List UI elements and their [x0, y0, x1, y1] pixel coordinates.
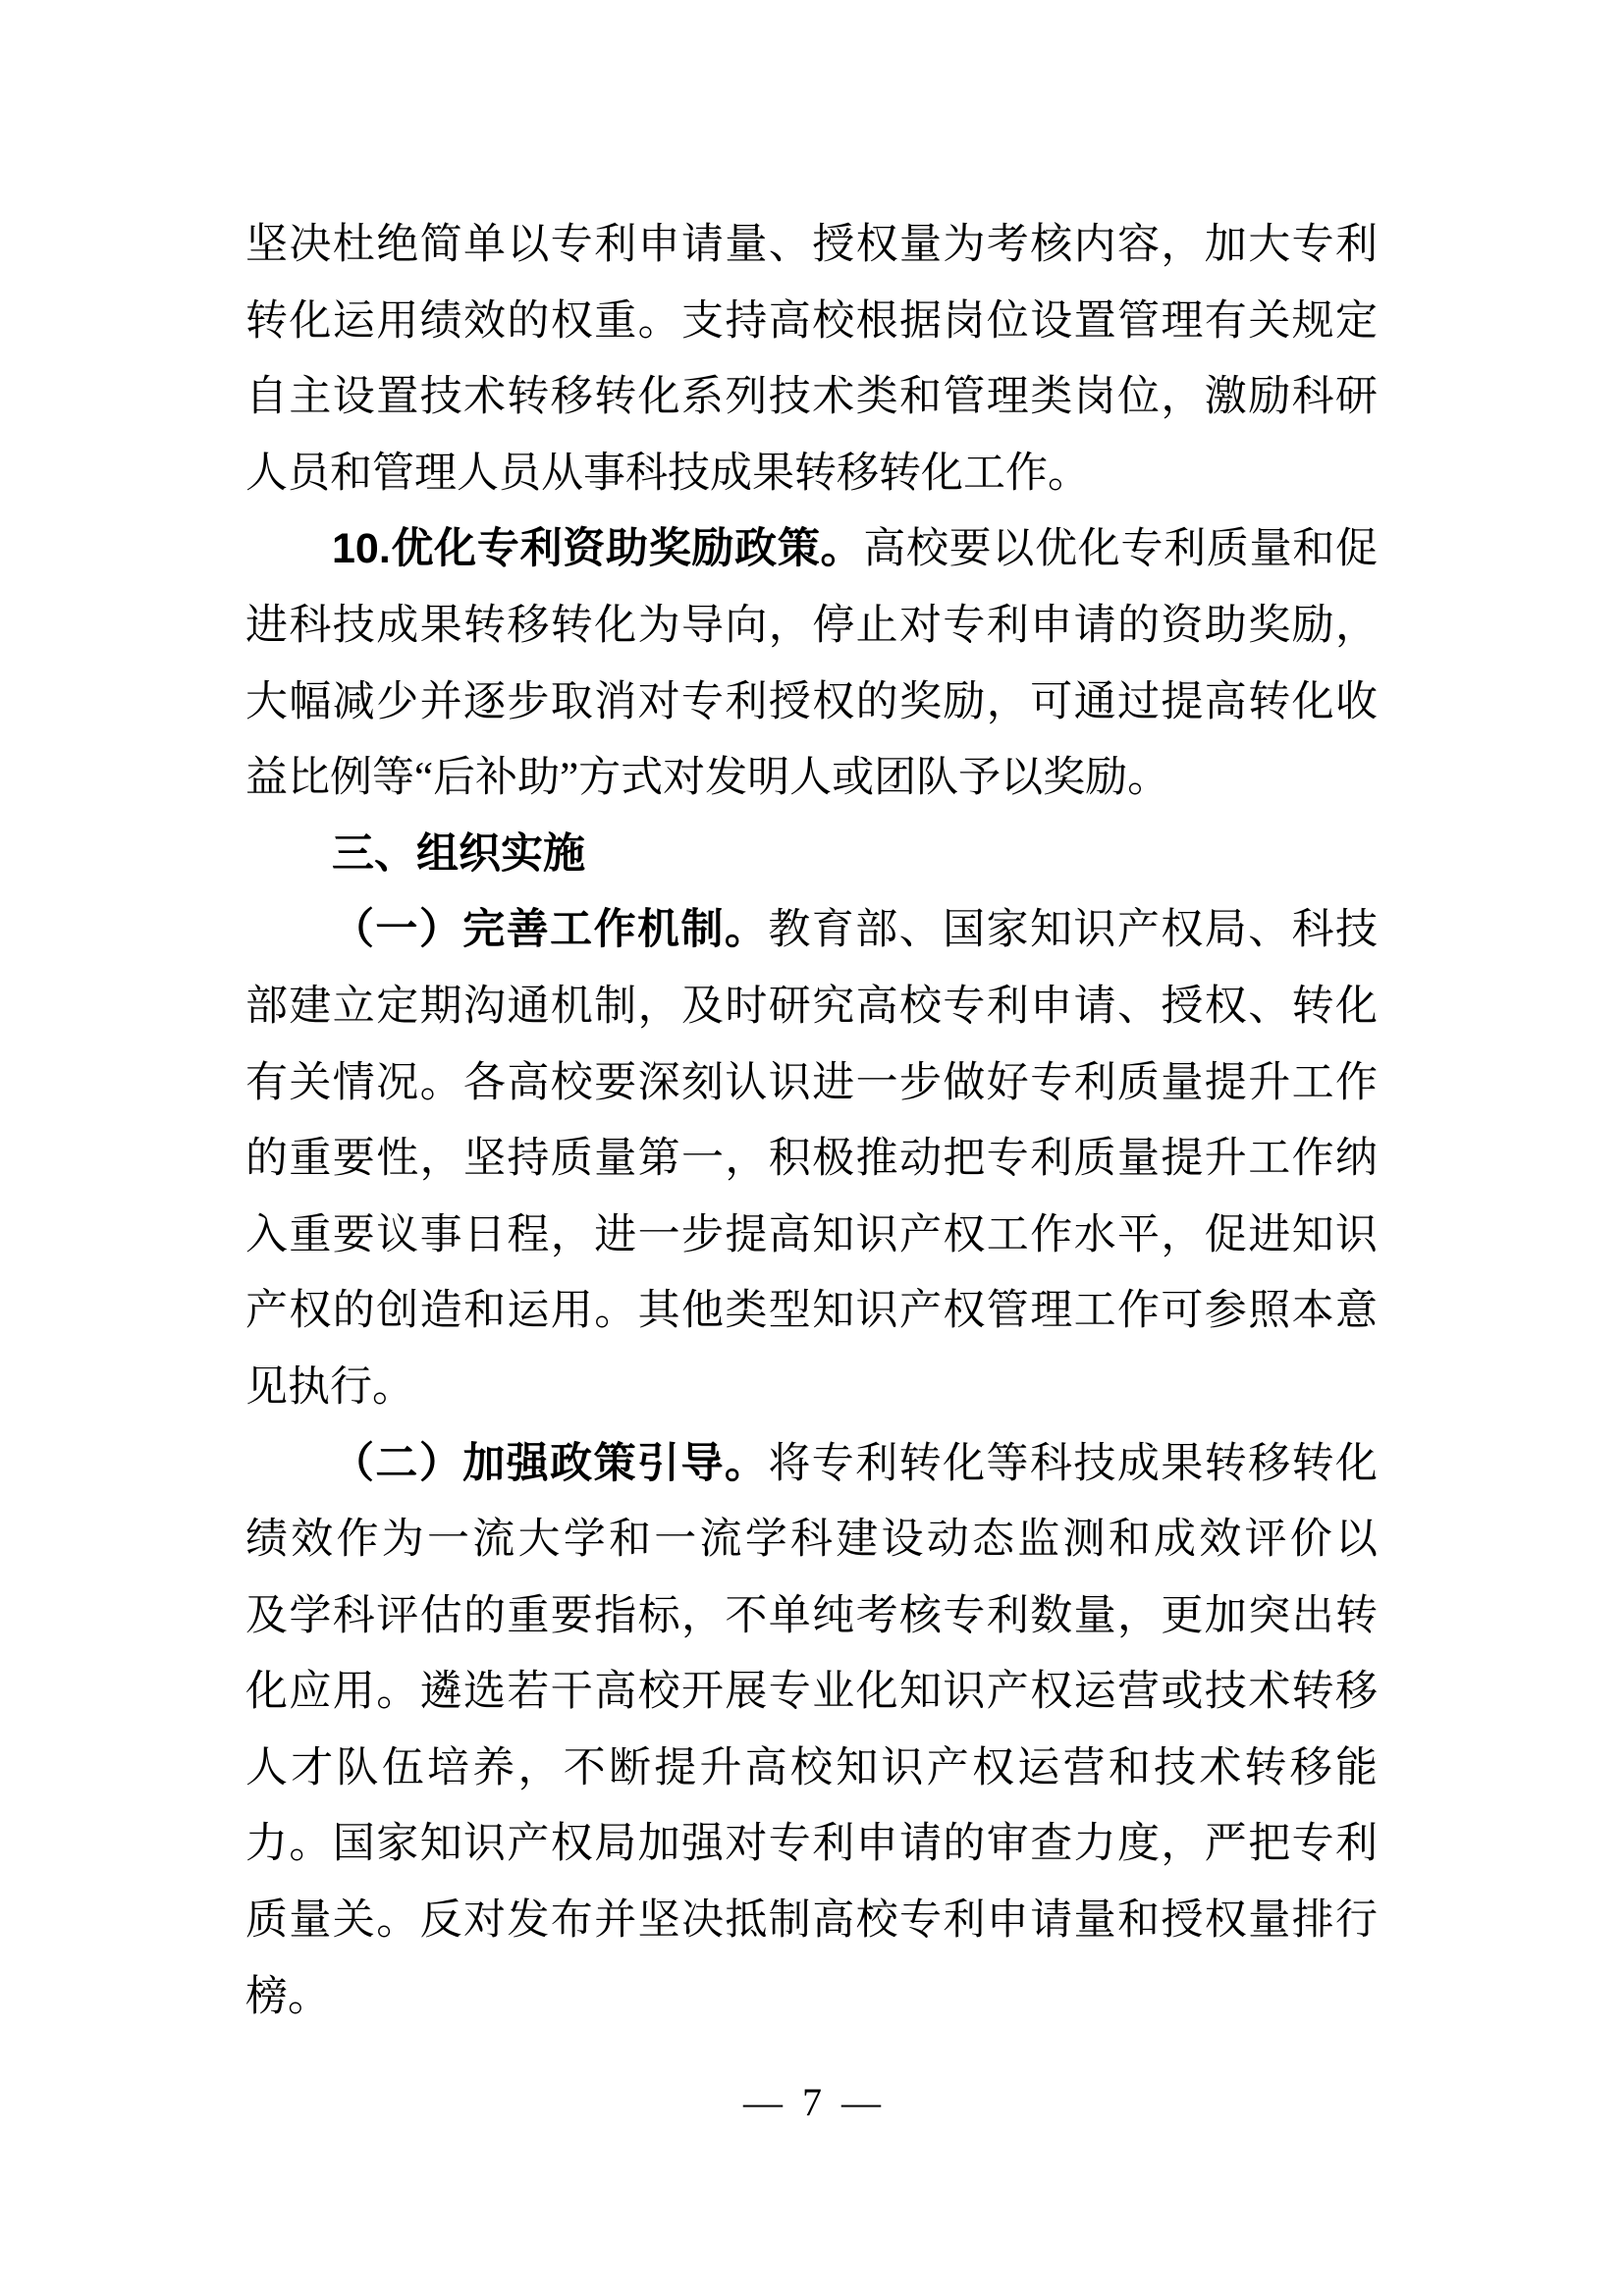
text-line: 自主设置技术转移转化系列技术类和管理类岗位，激励科研: [245, 359, 1378, 436]
text-line: 入重要议事日程，进一步提高知识产权工作水平，促进知识: [245, 1198, 1378, 1274]
text-line: 益比例等“后补助”方式对发明人或团队予以奖励。: [245, 740, 1378, 817]
text-segment: 榜。: [245, 1974, 330, 2020]
text-segment: 教育部、国家知识产权局、科技: [768, 907, 1378, 953]
text-line: 三、组织实施: [245, 817, 1378, 893]
text-segment: 及学科评估的重要指标，不单纯考核专利数量，更加突出转: [245, 1593, 1378, 1639]
text-line: 进科技成果转移转化为导向，停止对专利申请的资助奖励，: [245, 588, 1378, 665]
text-segment: 人员和管理人员从事科技成果转移转化工作。: [245, 451, 1090, 497]
text-line: 坚决杜绝简单以专利申请量、授权量为考核内容，加大专利: [245, 207, 1378, 284]
text-line: 绩效作为一流大学和一流学科建设动态监测和成效评价以: [245, 1502, 1378, 1578]
text-segment: 的重要性，坚持质量第一，积极推动把专利质量提升工作纳: [245, 1136, 1378, 1182]
text-segment: 转化运用绩效的权重。支持高校根据岗位设置管理有关规定: [245, 298, 1378, 345]
text-segment: 将专利转化等科技成果转移转化: [768, 1441, 1378, 1487]
text-line: 部建立定期沟通机制，及时研究高校专利申请、授权、转化: [245, 969, 1378, 1045]
text-segment: 力。国家知识产权局加强对专利申请的审查力度，严把专利: [245, 1821, 1378, 1867]
text-line: （二）加强政策引导。将专利转化等科技成果转移转化: [245, 1426, 1378, 1503]
text-line: 的重要性，坚持质量第一，积极推动把专利质量提升工作纳: [245, 1121, 1378, 1198]
text-line: 力。国家知识产权局加强对专利申请的审查力度，严把专利: [245, 1806, 1378, 1883]
text-line: 有关情况。各高校要深刻认识进一步做好专利质量提升工作: [245, 1045, 1378, 1122]
text-line: 10.优化专利资助奖励政策。高校要以优化专利质量和促: [245, 511, 1378, 588]
text-segment: 入重要议事日程，进一步提高知识产权工作水平，促进知识: [245, 1212, 1378, 1258]
text-segment: 人才队伍培养，不断提升高校知识产权运营和技术转移能: [245, 1745, 1378, 1791]
text-line: 大幅减少并逐步取消对专利授权的奖励，可通过提高转化收: [245, 665, 1378, 741]
text-segment: 产权的创造和运用。其他类型知识产权管理工作可参照本意: [245, 1288, 1378, 1334]
text-segment: 见执行。: [245, 1364, 414, 1411]
text-segment: 坚决杜绝简单以专利申请量、授权量为考核内容，加大专利: [245, 222, 1378, 268]
text-segment: 高校要以优化专利质量和促: [863, 526, 1378, 572]
text-segment: 部建立定期沟通机制，及时研究高校专利申请、授权、转化: [245, 984, 1378, 1030]
text-line: 榜。: [245, 1959, 1378, 2036]
text-segment: 绩效作为一流大学和一流学科建设动态监测和成效评价以: [245, 1517, 1378, 1563]
page-number: — 7 —: [0, 2083, 1624, 2122]
text-segment-emphasis: （二）加强政策引导。: [332, 1441, 768, 1487]
text-segment: 益比例等“后补助”方式对发明人或团队予以奖励。: [245, 755, 1169, 801]
text-line: 产权的创造和运用。其他类型知识产权管理工作可参照本意: [245, 1273, 1378, 1350]
body-text: 坚决杜绝简单以专利申请量、授权量为考核内容，加大专利转化运用绩效的权重。支持高校…: [245, 207, 1378, 2035]
text-segment-emphasis: 三、组织实施: [332, 830, 585, 878]
text-line: 化应用。遴选若干高校开展专业化知识产权运营或技术转移: [245, 1654, 1378, 1731]
text-segment: 质量关。反对发布并坚决抵制高校专利申请量和授权量排行: [245, 1897, 1378, 1944]
text-segment: 自主设置技术转移转化系列技术类和管理类岗位，激励科研: [245, 374, 1378, 420]
text-segment-emphasis: 10.优化专利资助奖励政策。: [332, 525, 863, 572]
text-line: 人才队伍培养，不断提升高校知识产权运营和技术转移能: [245, 1731, 1378, 1807]
text-segment: 有关情况。各高校要深刻认识进一步做好专利质量提升工作: [245, 1060, 1378, 1106]
document-page: 坚决杜绝简单以专利申请量、授权量为考核内容，加大专利转化运用绩效的权重。支持高校…: [0, 0, 1624, 2296]
text-line: 转化运用绩效的权重。支持高校根据岗位设置管理有关规定: [245, 284, 1378, 360]
text-line: 质量关。反对发布并坚决抵制高校专利申请量和授权量排行: [245, 1883, 1378, 1959]
text-segment: 化应用。遴选若干高校开展专业化知识产权运营或技术转移: [245, 1669, 1378, 1715]
text-line: 见执行。: [245, 1350, 1378, 1426]
text-segment: 进科技成果转移转化为导向，停止对专利申请的资助奖励，: [245, 603, 1378, 649]
text-line: （一）完善工作机制。教育部、国家知识产权局、科技: [245, 892, 1378, 969]
text-segment-emphasis: （一）完善工作机制。: [332, 907, 768, 953]
text-segment: 大幅减少并逐步取消对专利授权的奖励，可通过提高转化收: [245, 679, 1378, 725]
text-line: 人员和管理人员从事科技成果转移转化工作。: [245, 436, 1378, 512]
text-line: 及学科评估的重要指标，不单纯考核专利数量，更加突出转: [245, 1578, 1378, 1655]
